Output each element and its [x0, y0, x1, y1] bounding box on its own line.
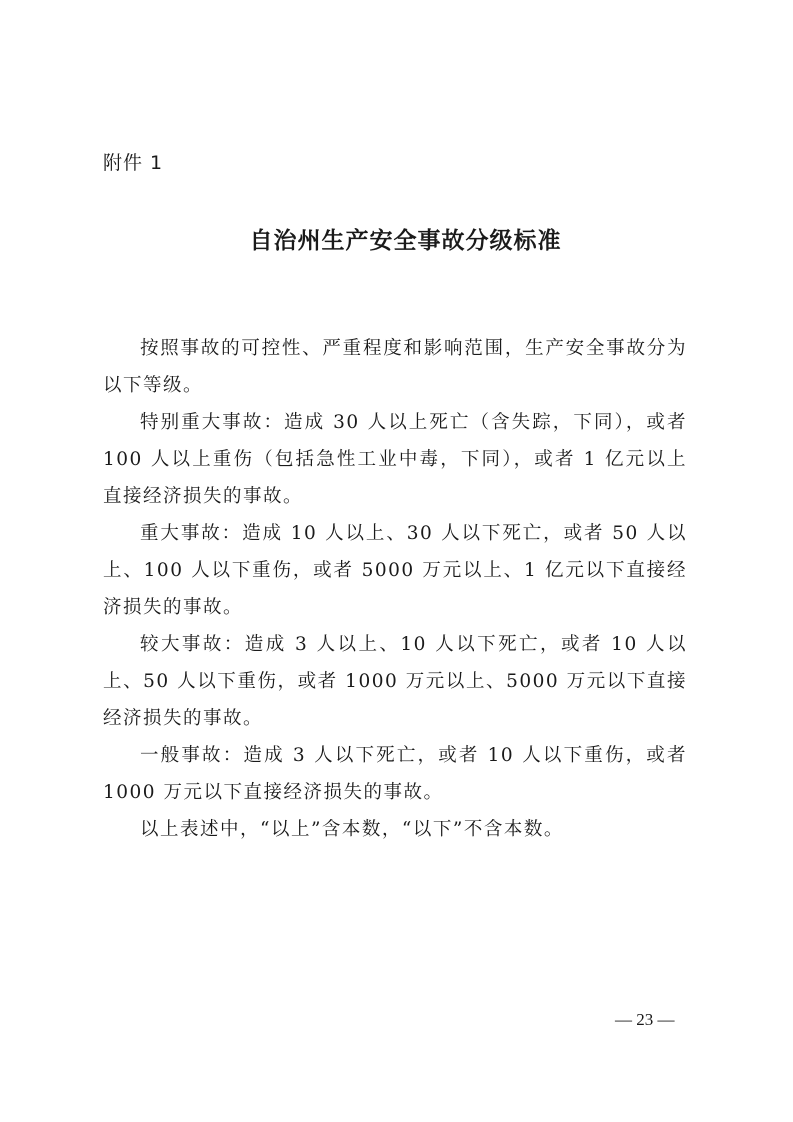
paragraph-general-accident: 一般事故：造成 3 人以下死亡，或者 10 人以下重伤，或者 1000 万元以下…	[103, 737, 687, 811]
attachment-label: 附件 1	[103, 148, 163, 175]
paragraph-larger-accident: 较大事故：造成 3 人以上、10 人以下死亡，或者 10 人以上、50 人以下重…	[103, 626, 687, 737]
paragraph-especially-major-accident: 特别重大事故：造成 30 人以上死亡（含失踪，下同），或者 100 人以上重伤（…	[103, 404, 687, 515]
paragraph-major-accident: 重大事故：造成 10 人以上、30 人以下死亡，或者 50 人以上、100 人以…	[103, 515, 687, 626]
document-title: 自治州生产安全事故分级标准	[0, 222, 793, 255]
document-body: 按照事故的可控性、严重程度和影响范围，生产安全事故分为以下等级。 特别重大事故：…	[103, 330, 687, 848]
paragraph-intro: 按照事故的可控性、严重程度和影响范围，生产安全事故分为以下等级。	[103, 330, 687, 404]
paragraph-note: 以上表述中，“以上”含本数，“以下”不含本数。	[103, 811, 687, 848]
page-number: — 23 —	[615, 1010, 675, 1030]
